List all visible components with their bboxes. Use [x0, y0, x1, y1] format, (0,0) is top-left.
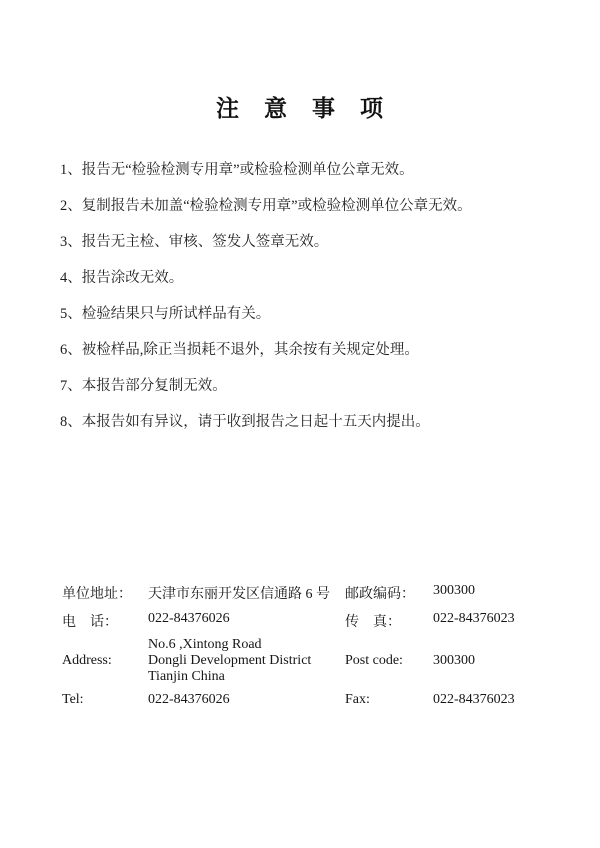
notes-list: 1、报告无“检验检测专用章”或检验检测单位公章无效。 2、复制报告未加盖“检验检… — [60, 152, 564, 440]
footer-row-address-zh: 单位地址： 天津市东丽开发区信通路 6 号 邮政编码： 300300 — [62, 583, 580, 603]
note-item-4: 4、报告涂改无效。 — [60, 260, 564, 296]
fax-value-zh: 022-84376023 — [433, 611, 515, 627]
address-label-en: Address: — [62, 653, 148, 669]
postcode-label-zh: 邮政编码： — [345, 583, 433, 603]
address-value-en: No.6 ,Xintong Road Dongli Development Di… — [148, 637, 345, 685]
tel-value-zh: 022-84376026 — [148, 611, 345, 627]
address-line3-en: Tianjin China — [148, 669, 345, 685]
postcode-label-en: Post code: — [345, 653, 433, 669]
page-title: 注 意 事 项 — [0, 90, 600, 123]
note-item-3: 3、报告无主检、审核、签发人签章无效。 — [60, 224, 564, 260]
document-page: 注 意 事 项 1、报告无“检验检测专用章”或检验检测单位公章无效。 2、复制报… — [0, 0, 600, 848]
address-line2-en: Dongli Development District — [148, 653, 345, 669]
note-item-2: 2、复制报告未加盖“检验检测专用章”或检验检测单位公章无效。 — [60, 188, 564, 224]
fax-label-zh: 传 真： — [345, 611, 433, 631]
footer-row-tel-en: Tel: 022-84376026 Fax: 022-84376023 — [62, 692, 580, 708]
address-line1-en: No.6 ,Xintong Road — [148, 637, 345, 653]
tel-label-en: Tel: — [62, 692, 148, 708]
fax-value-en: 022-84376023 — [433, 692, 515, 708]
note-item-7: 7、本报告部分复制无效。 — [60, 368, 564, 404]
note-item-5: 5、检验结果只与所试样品有关。 — [60, 296, 564, 332]
address-value-zh: 天津市东丽开发区信通路 6 号 — [148, 583, 345, 603]
footer-row-tel-zh: 电 话： 022-84376026 传 真： 022-84376023 — [62, 611, 580, 631]
tel-value-en: 022-84376026 — [148, 692, 345, 708]
address-label-zh: 单位地址： — [62, 583, 148, 603]
fax-label-en: Fax: — [345, 692, 433, 708]
note-item-8: 8、本报告如有异议，请于收到报告之日起十五天内提出。 — [60, 404, 564, 440]
note-item-6: 6、被检样品,除正当损耗不退外，其余按有关规定处理。 — [60, 332, 564, 368]
tel-label-zh: 电 话： — [62, 611, 148, 631]
postcode-value-en: 300300 — [433, 653, 475, 669]
postcode-value-zh: 300300 — [433, 583, 475, 599]
note-item-1: 1、报告无“检验检测专用章”或检验检测单位公章无效。 — [60, 152, 564, 188]
footer-row-address-en: Address: No.6 ,Xintong Road Dongli Devel… — [62, 637, 580, 685]
